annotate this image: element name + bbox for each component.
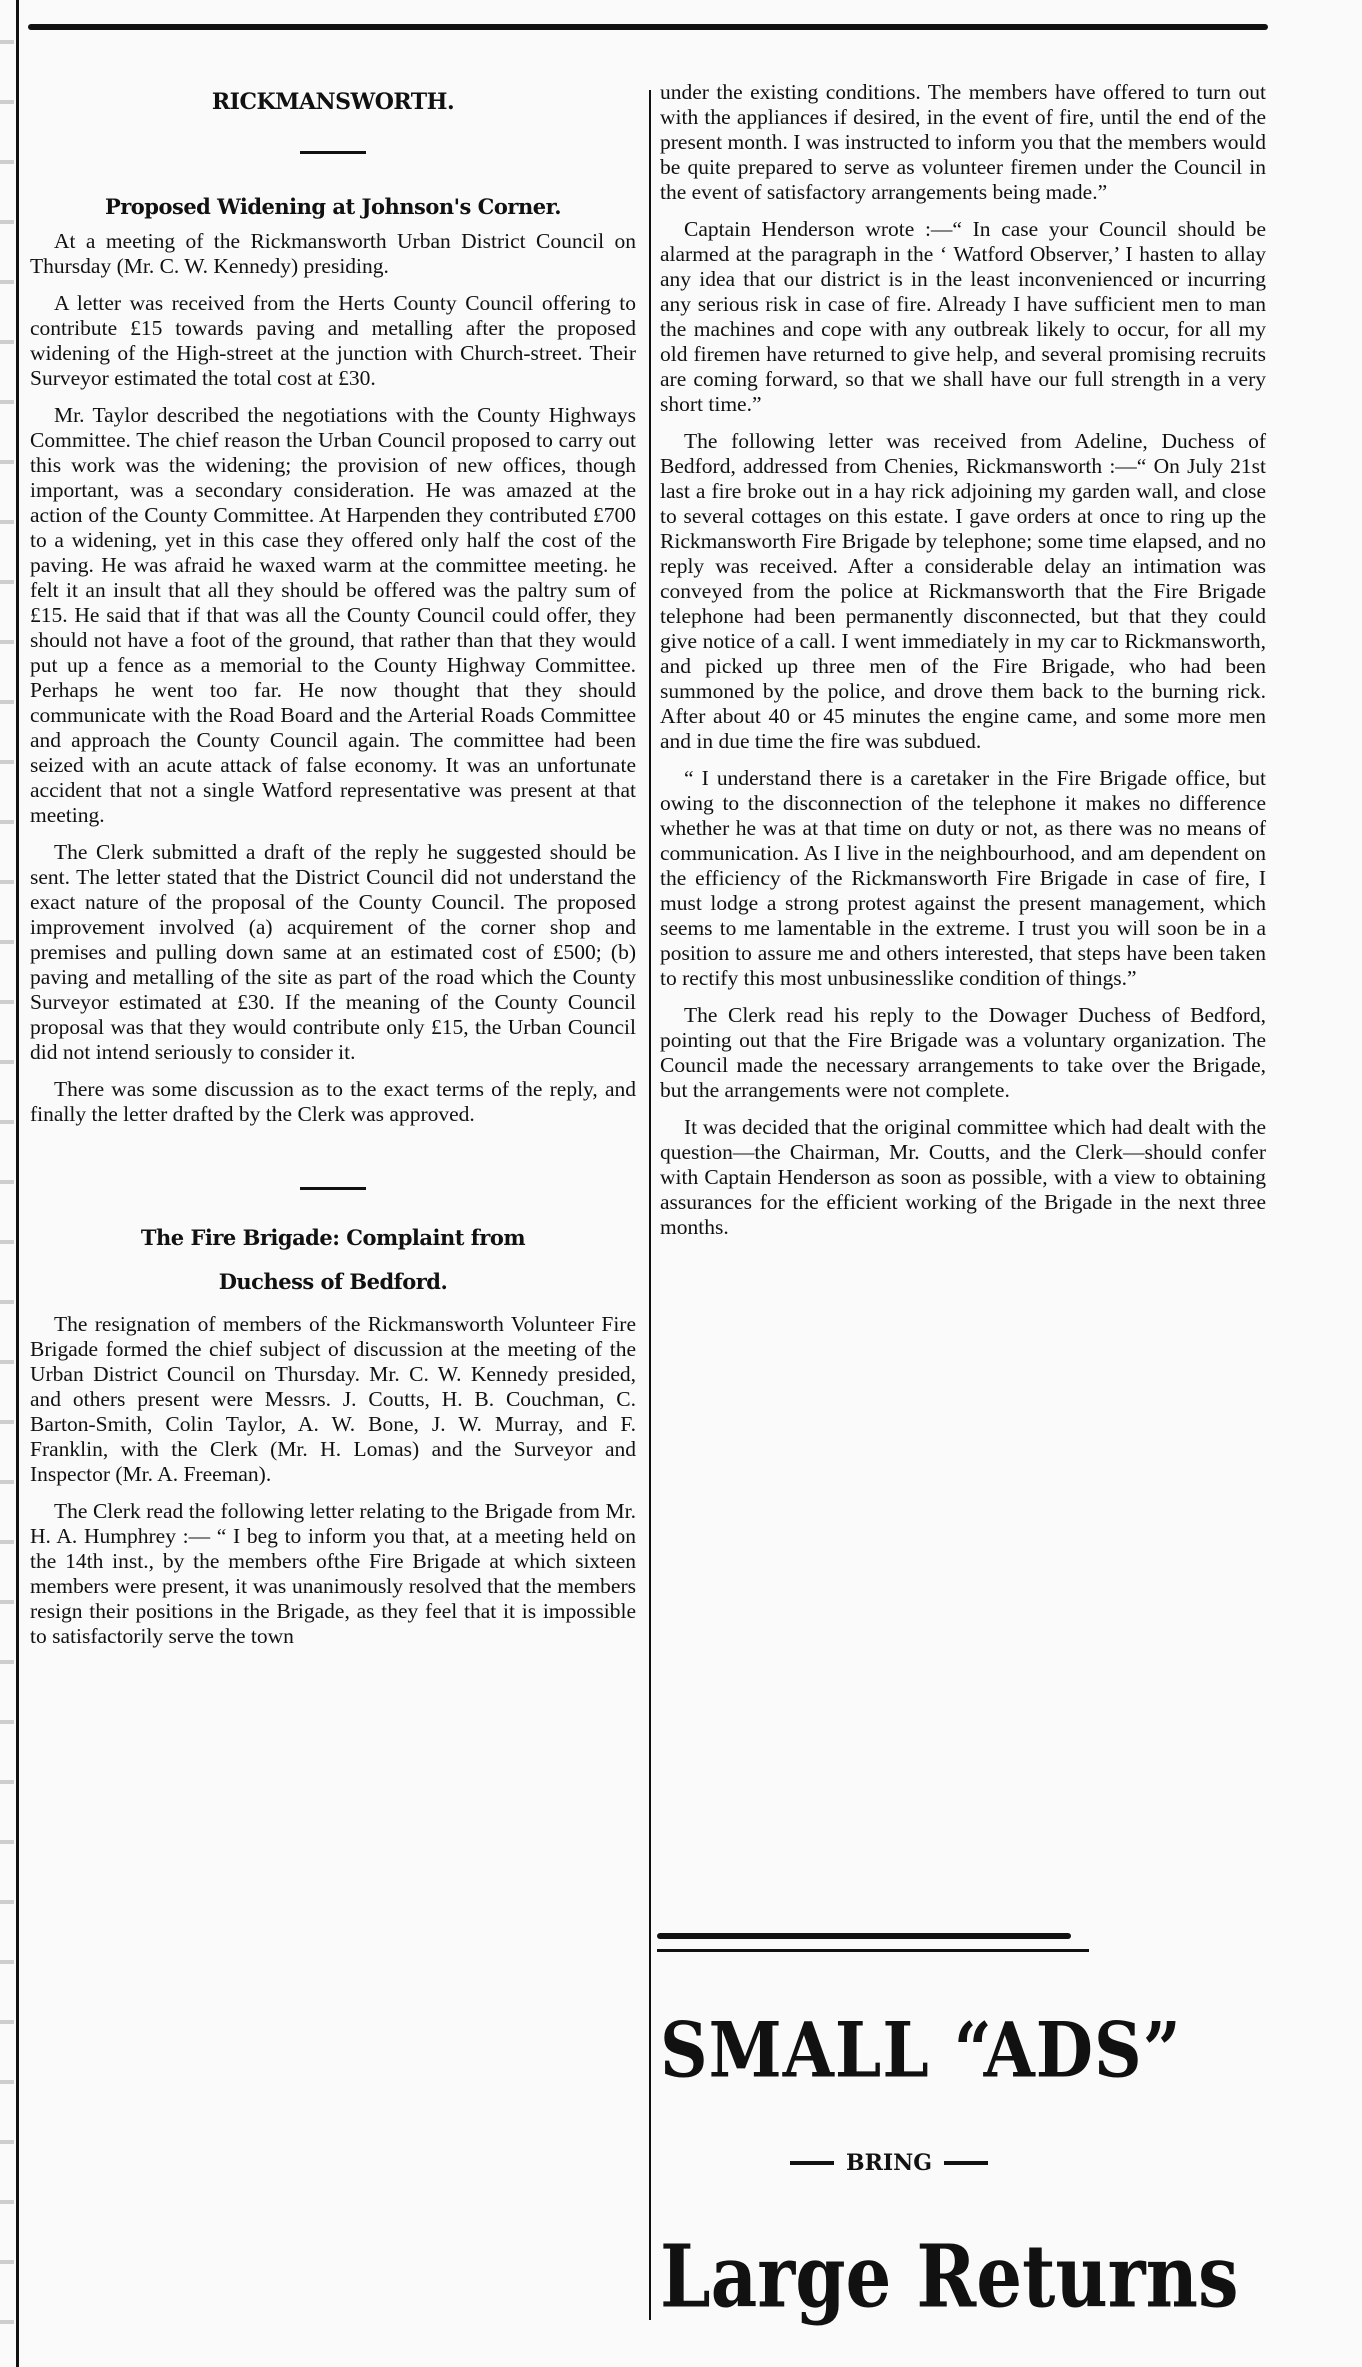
right-column: under the existing conditions. The membe… xyxy=(660,80,1266,1252)
article-paragraph: It was decided that the original committ… xyxy=(660,1115,1266,1240)
advertisement-bring: BRING xyxy=(846,2150,932,2176)
top-rule xyxy=(28,24,1268,30)
short-divider xyxy=(300,151,366,154)
dash-right xyxy=(944,2161,988,2165)
article-paragraph: The resignation of members of the Rickma… xyxy=(30,1312,636,1487)
column-divider-center xyxy=(649,90,651,2320)
dash-left xyxy=(790,2161,834,2165)
article-headline: The Fire Brigade: Complaint from Duchess… xyxy=(30,1216,636,1304)
article-paragraph: under the existing conditions. The membe… xyxy=(660,80,1266,205)
article-paragraph: Mr. Taylor described the negotiations wi… xyxy=(30,403,636,828)
article-paragraph: A letter was received from the Herts Cou… xyxy=(30,291,636,391)
article-paragraph: At a meeting of the Rickmansworth Urban … xyxy=(30,229,636,279)
advertisement-rules xyxy=(657,1933,1087,1952)
adjacent-column-fragment xyxy=(0,0,14,2367)
thin-rule xyxy=(657,1949,1089,1952)
left-column: RICKMANSWORTH. Proposed Widening at John… xyxy=(30,80,636,1661)
advertisement-tagline: Large Returns xyxy=(660,2225,1260,2327)
article-headline: Proposed Widening at Johnson's Corner. xyxy=(30,194,636,219)
thick-rule xyxy=(657,1933,1071,1939)
advertisement-headline: SMALL “ADS” xyxy=(660,2005,1260,2095)
article-paragraph: There was some discussion as to the exac… xyxy=(30,1077,636,1127)
short-divider xyxy=(300,1187,366,1190)
headline-line: The Fire Brigade: Complaint from xyxy=(30,1216,636,1260)
advertisement-connector: BRING xyxy=(790,2150,1362,2176)
article-paragraph: The Clerk read the following letter rela… xyxy=(30,1499,636,1649)
column-divider-left xyxy=(16,0,19,2367)
headline-line: Duchess of Bedford. xyxy=(30,1260,636,1304)
section-masthead: RICKMANSWORTH. xyxy=(30,90,636,115)
article-paragraph: The following letter was received from A… xyxy=(660,429,1266,754)
article-paragraph: The Clerk read his reply to the Dowager … xyxy=(660,1003,1266,1103)
article-paragraph: Captain Henderson wrote :—“ In case your… xyxy=(660,217,1266,417)
article-paragraph: The Clerk submitted a draft of the reply… xyxy=(30,840,636,1065)
article-paragraph: “ I understand there is a caretaker in t… xyxy=(660,766,1266,991)
